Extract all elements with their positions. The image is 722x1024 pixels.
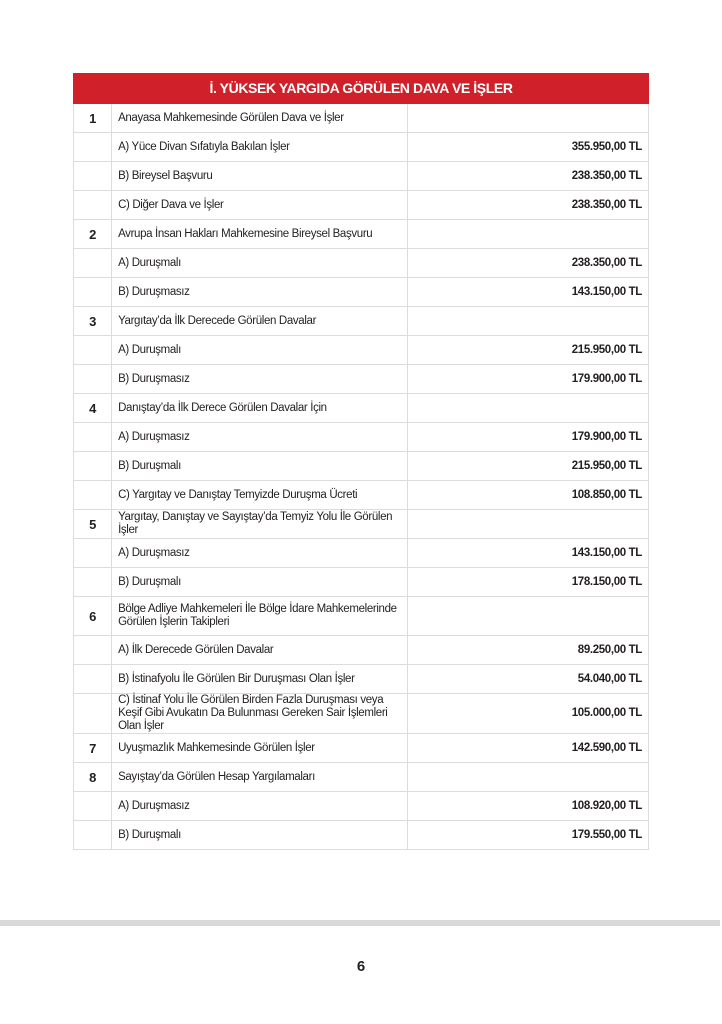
row-description: B) İstinafyolu İle Görülen Bir Duruşması… (112, 665, 408, 694)
table-row: A) Yüce Divan Sıfatıyla Bakılan İşler355… (74, 133, 649, 162)
row-number: 1 (74, 104, 112, 133)
table-row: A) Duruşmalı238.350,00 TL (74, 249, 649, 278)
row-description: A) İlk Derecede Görülen Davalar (112, 636, 408, 665)
row-description: B) Duruşmalı (112, 821, 408, 850)
row-number: 5 (74, 510, 112, 539)
row-number (74, 452, 112, 481)
table-row: B) Duruşmasız143.150,00 TL (74, 278, 649, 307)
table-row: B) Duruşmalı178.150,00 TL (74, 568, 649, 597)
row-number: 6 (74, 597, 112, 636)
row-amount (407, 510, 648, 539)
row-number (74, 792, 112, 821)
row-amount: 54.040,00 TL (407, 665, 648, 694)
row-amount: 143.150,00 TL (407, 539, 648, 568)
row-amount: 179.900,00 TL (407, 365, 648, 394)
row-amount: 179.900,00 TL (407, 423, 648, 452)
row-description: A) Duruşmalı (112, 249, 408, 278)
row-description: B) Duruşmalı (112, 568, 408, 597)
table-section-row: 6Bölge Adliye Mahkemeleri İle Bölge İdar… (74, 597, 649, 636)
row-description: Yargıtay, Danıştay ve Sayıştay’da Temyiz… (112, 510, 408, 539)
row-amount: 108.850,00 TL (407, 481, 648, 510)
table-section-row: 3Yargıtay’da İlk Derecede Görülen Davala… (74, 307, 649, 336)
table-header-row: İ. YÜKSEK YARGIDA GÖRÜLEN DAVA VE İŞLER (74, 74, 649, 104)
table-row: A) Duruşmasız179.900,00 TL (74, 423, 649, 452)
table-row: B) Duruşmasız179.900,00 TL (74, 365, 649, 394)
row-amount: 238.350,00 TL (407, 191, 648, 220)
row-number (74, 568, 112, 597)
row-number: 8 (74, 763, 112, 792)
table-row: A) Duruşmasız108.920,00 TL (74, 792, 649, 821)
row-amount: 179.550,00 TL (407, 821, 648, 850)
row-description: Avrupa İnsan Hakları Mahkemesine Bireyse… (112, 220, 408, 249)
row-description: Sayıştay’da Görülen Hesap Yargılamaları (112, 763, 408, 792)
row-number (74, 278, 112, 307)
row-description: A) Yüce Divan Sıfatıyla Bakılan İşler (112, 133, 408, 162)
row-number: 2 (74, 220, 112, 249)
page-number: 6 (0, 958, 722, 975)
row-description: C) Yargıtay ve Danıştay Temyizde Duruşma… (112, 481, 408, 510)
row-description: Yargıtay’da İlk Derecede Görülen Davalar (112, 307, 408, 336)
row-description: A) Duruşmasız (112, 423, 408, 452)
row-number (74, 821, 112, 850)
row-amount: 238.350,00 TL (407, 162, 648, 191)
row-number (74, 481, 112, 510)
row-number (74, 636, 112, 665)
row-amount: 89.250,00 TL (407, 636, 648, 665)
table-row: B) İstinafyolu İle Görülen Bir Duruşması… (74, 665, 649, 694)
row-number (74, 162, 112, 191)
row-description: A) Duruşmasız (112, 792, 408, 821)
row-description: B) Duruşmasız (112, 365, 408, 394)
row-number (74, 191, 112, 220)
table-section-row: 1Anayasa Mahkemesinde Görülen Dava ve İş… (74, 104, 649, 133)
row-amount (407, 597, 648, 636)
row-amount: 143.150,00 TL (407, 278, 648, 307)
table-row: C) Yargıtay ve Danıştay Temyizde Duruşma… (74, 481, 649, 510)
table-row: C) İstinaf Yolu İle Görülen Birden Fazla… (74, 694, 649, 734)
row-number (74, 423, 112, 452)
row-amount: 105.000,00 TL (407, 694, 648, 734)
row-amount (407, 104, 648, 133)
row-amount (407, 394, 648, 423)
table-section-row: 5Yargıtay, Danıştay ve Sayıştay’da Temyi… (74, 510, 649, 539)
row-description: Uyuşmazlık Mahkemesinde Görülen İşler (112, 734, 408, 763)
row-amount: 142.590,00 TL (407, 734, 648, 763)
row-description: A) Duruşmasız (112, 539, 408, 568)
row-number (74, 365, 112, 394)
table-section-row: 4Danıştay’da İlk Derece Görülen Davalar … (74, 394, 649, 423)
table-section-row: 2Avrupa İnsan Hakları Mahkemesine Bireys… (74, 220, 649, 249)
row-amount: 355.950,00 TL (407, 133, 648, 162)
row-amount: 215.950,00 TL (407, 336, 648, 365)
table-body: 1Anayasa Mahkemesinde Görülen Dava ve İş… (74, 104, 649, 850)
row-description: C) Diğer Dava ve İşler (112, 191, 408, 220)
row-description: B) Bireysel Başvuru (112, 162, 408, 191)
row-amount (407, 307, 648, 336)
row-description: Bölge Adliye Mahkemeleri İle Bölge İdare… (112, 597, 408, 636)
table-row: B) Duruşmalı215.950,00 TL (74, 452, 649, 481)
table-section-row: 8Sayıştay’da Görülen Hesap Yargılamaları (74, 763, 649, 792)
footer-divider (0, 920, 720, 926)
row-number: 4 (74, 394, 112, 423)
table-section-row: 7Uyuşmazlık Mahkemesinde Görülen İşler14… (74, 734, 649, 763)
row-amount: 238.350,00 TL (407, 249, 648, 278)
row-number (74, 249, 112, 278)
row-amount: 178.150,00 TL (407, 568, 648, 597)
table-row: C) Diğer Dava ve İşler238.350,00 TL (74, 191, 649, 220)
row-number (74, 133, 112, 162)
row-number (74, 694, 112, 734)
row-amount (407, 220, 648, 249)
row-description: B) Duruşmalı (112, 452, 408, 481)
row-amount: 215.950,00 TL (407, 452, 648, 481)
row-number: 3 (74, 307, 112, 336)
row-number (74, 665, 112, 694)
row-number (74, 539, 112, 568)
row-description: B) Duruşmasız (112, 278, 408, 307)
row-number (74, 336, 112, 365)
table-title: İ. YÜKSEK YARGIDA GÖRÜLEN DAVA VE İŞLER (74, 74, 649, 104)
table-row: A) İlk Derecede Görülen Davalar89.250,00… (74, 636, 649, 665)
row-number: 7 (74, 734, 112, 763)
row-description: Anayasa Mahkemesinde Görülen Dava ve İşl… (112, 104, 408, 133)
row-amount (407, 763, 648, 792)
table-row: A) Duruşmalı215.950,00 TL (74, 336, 649, 365)
row-description: A) Duruşmalı (112, 336, 408, 365)
row-description: Danıştay’da İlk Derece Görülen Davalar İ… (112, 394, 408, 423)
fee-schedule-table: İ. YÜKSEK YARGIDA GÖRÜLEN DAVA VE İŞLER … (73, 73, 649, 850)
table-row: A) Duruşmasız143.150,00 TL (74, 539, 649, 568)
row-description: C) İstinaf Yolu İle Görülen Birden Fazla… (112, 694, 408, 734)
table-row: B) Bireysel Başvuru238.350,00 TL (74, 162, 649, 191)
table-row: B) Duruşmalı179.550,00 TL (74, 821, 649, 850)
row-amount: 108.920,00 TL (407, 792, 648, 821)
